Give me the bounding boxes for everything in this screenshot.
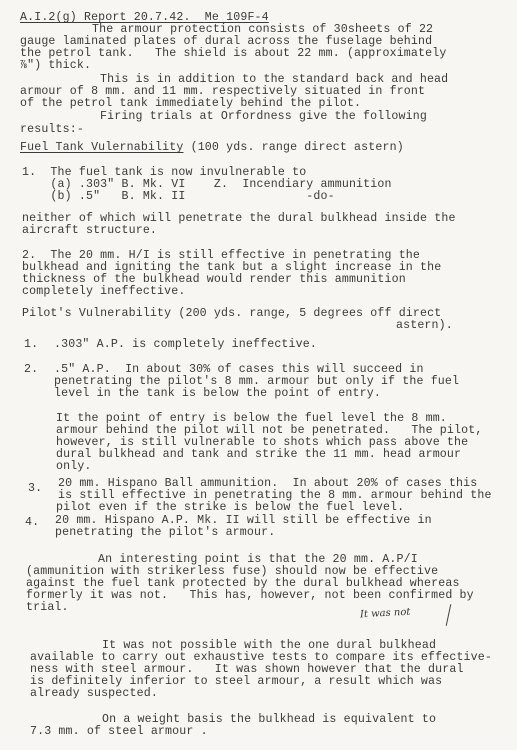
fuel-item-2-line: completely ineffective. (22, 286, 185, 299)
pilot-item-number: 4. (25, 517, 39, 530)
interesting-line: formerly it was not. This has, however, … (26, 590, 474, 603)
fuel-item-1-line: (b) .5" B. Mk. II -do- (22, 191, 335, 204)
pilot-item-number: 1. (24, 339, 38, 352)
typewritten-report-page: A.I.2(g) Report 20.7.42. Me 109F-4 The a… (0, 0, 517, 750)
pilot-item-line: level in the tank is below the point of … (54, 388, 381, 401)
fuel-item-1-tail: aircraft structure. (22, 225, 157, 238)
handwritten-slash-mark (446, 604, 452, 626)
addition-line: of the petrol tank immediately behind th… (20, 98, 361, 111)
firing-line: results:- (20, 124, 84, 137)
interesting-line: trial. (26, 602, 69, 615)
pilot-heading: astern). (396, 320, 453, 333)
pilot-item-number: 2. (24, 364, 38, 377)
pilot-item-line: dural bulkhead and tank and strike the 1… (56, 449, 461, 462)
pilot-item-line: only. (56, 461, 92, 474)
pilot-item-line: .303" A.P. is completely ineffective. (54, 339, 317, 352)
weight-line: 7.3 mm. of steel armour . (30, 726, 208, 739)
handwritten-annotation: It was not (360, 607, 411, 622)
firing-line: Firing trials at Orfordness give the fol… (100, 111, 427, 124)
fuel-tank-heading: Fuel Tank Vulernability (100 yds. range … (20, 142, 404, 155)
pilot-heading: Pilot's Vulnerability (200 yds. range, 5… (22, 308, 441, 321)
pilot-item-line: pilot even if the strike is below the fu… (56, 502, 404, 515)
pilot-item-line: penetrating the pilot's armour. (55, 527, 275, 540)
comparison-line: already suspected. (30, 688, 158, 701)
pilot-item-number: 3. (28, 483, 42, 496)
fuel-tank-heading-suffix: (100 yds. range direct astern) (183, 141, 403, 154)
fuel-tank-heading-title: Fuel Tank Vulernability (20, 141, 183, 154)
intro-line: ⅞") thick. (20, 60, 91, 73)
